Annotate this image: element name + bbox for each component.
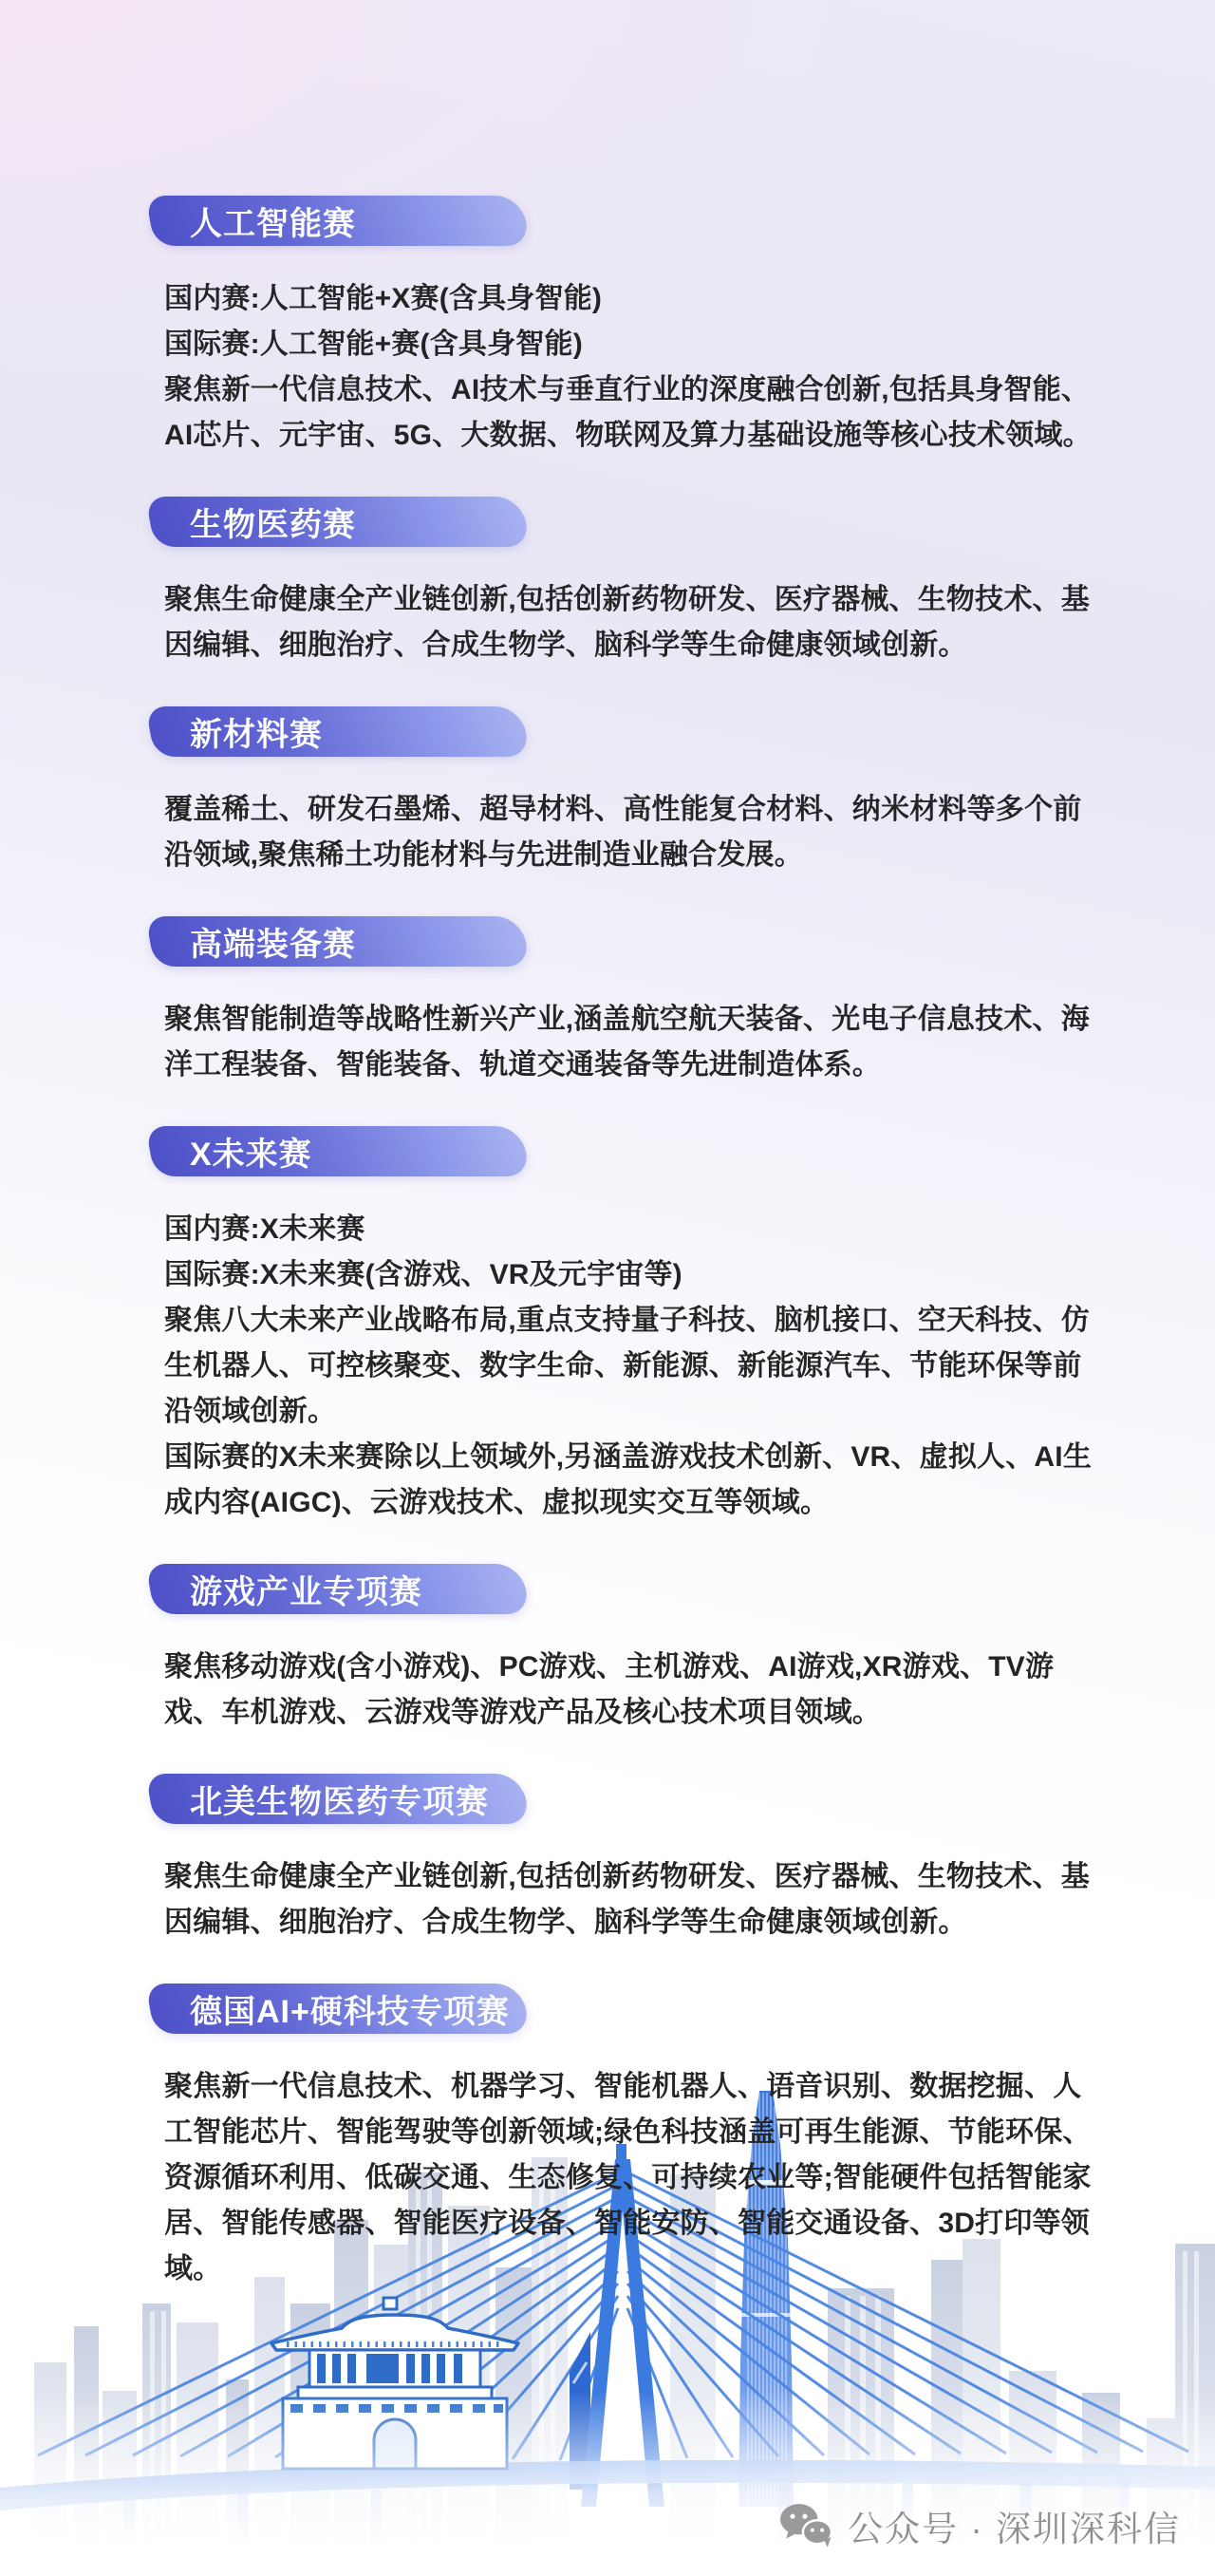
intro-line-domestic: 国内赛:人工智能+X赛(含具身智能) xyxy=(164,276,1093,322)
section-title-pill: X未来赛 xyxy=(145,1126,530,1176)
section-body: 聚焦智能制造等战略性新兴产业,涵盖航空航天装备、光电子信息技术、海洋工程装备、智… xyxy=(164,997,1093,1088)
section-title: 高端装备赛 xyxy=(150,918,356,965)
section-highend-equipment: 高端装备赛 聚焦智能制造等战略性新兴产业,涵盖航空航天装备、光电子信息技术、海洋… xyxy=(150,916,1109,1088)
section-title: 游戏产业专项赛 xyxy=(150,1566,422,1612)
section-ai: 人工智能赛 国内赛:人工智能+X赛(含具身智能) 国际赛:人工智能+赛(含具身智… xyxy=(150,196,1109,459)
section-game-industry: 游戏产业专项赛 聚焦移动游戏(含小游戏)、PC游戏、主机游戏、AI游戏,XR游戏… xyxy=(150,1564,1109,1736)
section-title: 人工智能赛 xyxy=(150,197,356,244)
watermark-text: 公众号 · 深圳深科信 xyxy=(848,2500,1181,2551)
section-title-pill: 生物医药赛 xyxy=(145,497,530,547)
section-body: 聚焦生命健康全产业链创新,包括创新药物研发、医疗器械、生物技术、基因编辑、细胞治… xyxy=(164,577,1093,668)
section-title: 生物医药赛 xyxy=(150,498,356,545)
section-title-pill: 德国AI+硬科技专项赛 xyxy=(145,1984,530,2034)
section-title: X未来赛 xyxy=(150,1128,312,1175)
section-na-biomedicine: 北美生物医药专项赛 聚焦生命健康全产业链创新,包括创新药物研发、医疗器械、生物技… xyxy=(150,1774,1109,1946)
section-title-pill: 游戏产业专项赛 xyxy=(145,1564,530,1614)
sections-list: 人工智能赛 国内赛:人工智能+X赛(含具身智能) 国际赛:人工智能+赛(含具身智… xyxy=(0,0,1109,2292)
section-title: 北美生物医药专项赛 xyxy=(150,1776,489,1822)
section-body: 聚焦生命健康全产业链创新,包括创新药物研发、医疗器械、生物技术、基因编辑、细胞治… xyxy=(164,1854,1093,1946)
section-x-future: X未来赛 国内赛:X未来赛 国际赛:X未来赛(含游戏、VR及元宇宙等) 聚焦八大… xyxy=(150,1126,1109,1526)
section-paragraph: 聚焦新一代信息技术、AI技术与垂直行业的深度融合创新,包括具身智能、AI芯片、元… xyxy=(164,367,1093,459)
section-title: 新材料赛 xyxy=(150,708,323,755)
section-paragraph: 聚焦新一代信息技术、机器学习、智能机器人、语音识别、数据挖掘、人工智能芯片、智能… xyxy=(164,2064,1093,2292)
section-paragraph: 聚焦智能制造等战略性新兴产业,涵盖航空航天装备、光电子信息技术、海洋工程装备、智… xyxy=(164,997,1093,1088)
section-body: 聚焦移动游戏(含小游戏)、PC游戏、主机游戏、AI游戏,XR游戏、TV游戏、车机… xyxy=(164,1645,1093,1736)
intro-line-international: 国际赛:人工智能+赛(含具身智能) xyxy=(164,322,1093,367)
section-title-pill: 北美生物医药专项赛 xyxy=(145,1774,530,1824)
intro-line-domestic: 国内赛:X未来赛 xyxy=(164,1207,1093,1252)
section-title-pill: 人工智能赛 xyxy=(145,196,530,246)
section-paragraph: 聚焦生命健康全产业链创新,包括创新药物研发、医疗器械、生物技术、基因编辑、细胞治… xyxy=(164,577,1093,668)
section-title: 德国AI+硬科技专项赛 xyxy=(150,1985,510,2032)
section-body: 国内赛:人工智能+X赛(含具身智能) 国际赛:人工智能+赛(含具身智能) 聚焦新… xyxy=(164,276,1093,459)
section-paragraph: 聚焦移动游戏(含小游戏)、PC游戏、主机游戏、AI游戏,XR游戏、TV游戏、车机… xyxy=(164,1645,1093,1736)
section-new-materials: 新材料赛 覆盖稀土、研发石墨烯、超导材料、高性能复合材料、纳米材料等多个前沿领域… xyxy=(150,706,1109,878)
section-paragraph: 聚焦八大未来产业战略布局,重点支持量子科技、脑机接口、空天科技、仿生机器人、可控… xyxy=(164,1298,1093,1435)
section-title-pill: 高端装备赛 xyxy=(145,916,530,967)
section-title-pill: 新材料赛 xyxy=(145,706,530,757)
competition-poster: 人工智能赛 国内赛:人工智能+X赛(含具身智能) 国际赛:人工智能+赛(含具身智… xyxy=(0,0,1215,2576)
section-body: 覆盖稀土、研发石墨烯、超导材料、高性能复合材料、纳米材料等多个前沿领域,聚焦稀土… xyxy=(164,787,1093,878)
section-paragraph: 覆盖稀土、研发石墨烯、超导材料、高性能复合材料、纳米材料等多个前沿领域,聚焦稀土… xyxy=(164,787,1093,878)
section-paragraph: 聚焦生命健康全产业链创新,包括创新药物研发、医疗器械、生物技术、基因编辑、细胞治… xyxy=(164,1854,1093,1946)
intro-line-international: 国际赛:X未来赛(含游戏、VR及元宇宙等) xyxy=(164,1252,1093,1298)
section-germany-ai-hardtech: 德国AI+硬科技专项赛 聚焦新一代信息技术、机器学习、智能机器人、语音识别、数据… xyxy=(150,1984,1109,2292)
section-body: 聚焦新一代信息技术、机器学习、智能机器人、语音识别、数据挖掘、人工智能芯片、智能… xyxy=(164,2064,1093,2292)
wechat-watermark: 公众号 · 深圳深科信 xyxy=(779,2500,1181,2551)
section-paragraph: 国际赛的X未来赛除以上领域外,另涵盖游戏技术创新、VR、虚拟人、AI生成内容(A… xyxy=(164,1435,1093,1526)
wechat-icon xyxy=(779,2503,832,2548)
section-body: 国内赛:X未来赛 国际赛:X未来赛(含游戏、VR及元宇宙等) 聚焦八大未来产业战… xyxy=(164,1207,1093,1526)
section-biomedicine: 生物医药赛 聚焦生命健康全产业链创新,包括创新药物研发、医疗器械、生物技术、基因… xyxy=(150,497,1109,668)
